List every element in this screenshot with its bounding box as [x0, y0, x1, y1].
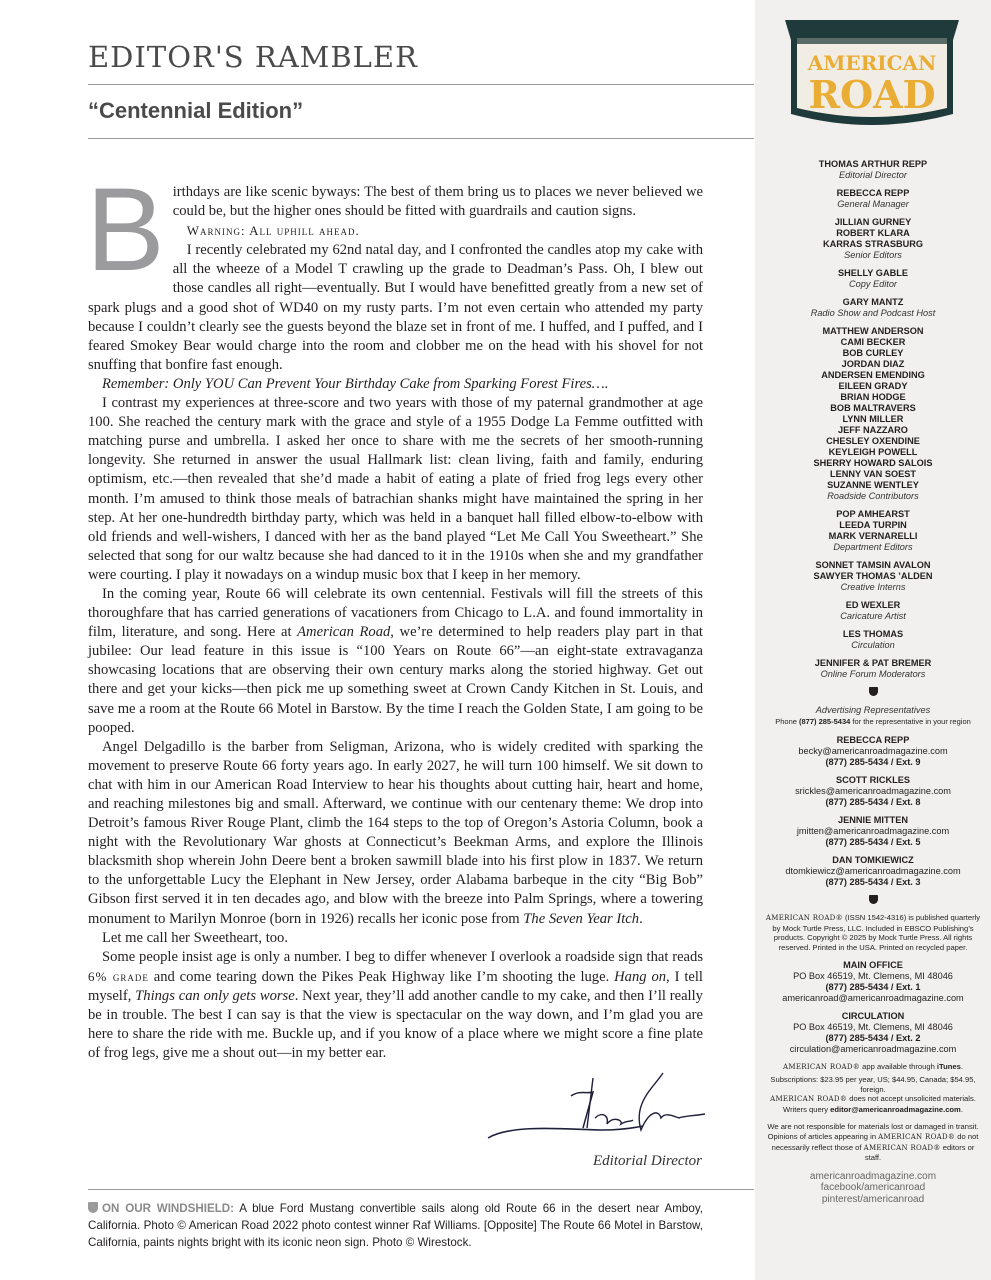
rep-email-link[interactable]: dtomkiewicz@americanroadmagazine.com: [755, 866, 991, 877]
staff-name: SONNET TAMSIN AVALON: [755, 560, 991, 571]
masthead-group: SHELLY GABLECopy Editor: [755, 268, 991, 290]
staff-role: Department Editors: [755, 542, 991, 553]
staff-name: JILLIAN GURNEY: [755, 217, 991, 228]
masthead-group: THOMAS ARTHUR REPPEditorial Director: [755, 159, 991, 181]
office-phone: (877) 285-5434 / Ext. 2: [755, 1033, 991, 1044]
brand-name: AMERICAN ROAD®: [783, 1063, 860, 1071]
text: app available through: [860, 1062, 937, 1071]
paragraph-text: , we’re determined to help readers play …: [88, 624, 703, 735]
staff-name: SAWYER THOMAS ’ALDEN: [755, 571, 991, 582]
paragraph-text: Some people insist age is only a number.…: [102, 949, 703, 965]
staff-name: LENNY VAN SOEST: [755, 469, 991, 480]
rep-name: SCOTT RICKLES: [755, 775, 991, 786]
ad-rep: JENNIE MITTENjmitten@americanroadmagazin…: [755, 815, 991, 848]
disclaimer: We are not responsible for materials los…: [755, 1122, 991, 1162]
photo-caption: ON OUR WINDSHIELD: A blue Ford Mustang c…: [88, 1200, 703, 1251]
office-title: CIRCULATION: [755, 1011, 991, 1022]
remember-text: Remember: Only YOU Can Prevent Your Birt…: [102, 376, 608, 392]
svg-text:ROAD: ROAD: [808, 72, 935, 117]
staff-list: THOMAS ARTHUR REPPEditorial DirectorREBE…: [755, 159, 991, 680]
website-link[interactable]: americanroadmagazine.com: [755, 1171, 991, 1183]
grade-sign-text: 6% grade: [88, 969, 149, 984]
rep-name: JENNIE MITTEN: [755, 815, 991, 826]
facebook-link[interactable]: facebook/americanroad: [755, 1182, 991, 1194]
paragraph-text: irthdays are like scenic byways: The bes…: [173, 184, 703, 219]
masthead-group: MATTHEW ANDERSONCAMI BECKERBOB CURLEYJOR…: [755, 326, 991, 502]
article-subtitle: “Centennial Edition”: [88, 98, 303, 124]
shield-divider-icon: [869, 895, 878, 904]
ad-rep: DAN TOMKIEWICZdtomkiewicz@americanroadma…: [755, 855, 991, 888]
rep-name: REBECCA REPP: [755, 735, 991, 746]
ad-rep: SCOTT RICKLESsrickles@americanroadmagazi…: [755, 775, 991, 808]
section-title: EDITOR'S RAMBLER: [88, 40, 418, 74]
text: Phone: [775, 717, 799, 726]
masthead-group: REBECCA REPPGeneral Manager: [755, 188, 991, 210]
masthead-sidebar: AMERICAN ROAD THOMAS ARTHUR REPPEditoria…: [755, 0, 991, 1280]
warning-text: Warning: All uphill ahead.: [187, 223, 360, 238]
staff-name: SHERRY HOWARD SALOIS: [755, 458, 991, 469]
writers-query: Writers query editor@americanroadmagazin…: [763, 1105, 983, 1115]
staff-name: BOB MALTRAVERS: [755, 403, 991, 414]
office-email-link[interactable]: americanroad@americanroadmagazine.com: [755, 993, 991, 1004]
staff-name: ANDERSEN EMENDING: [755, 370, 991, 381]
rep-phone: (877) 285-5434 / Ext. 3: [755, 877, 991, 888]
caption-lead: ON OUR WINDSHIELD:: [102, 1202, 234, 1215]
masthead-group: JENNIFER & PAT BREMEROnline Forum Modera…: [755, 658, 991, 680]
editor-email-link[interactable]: editor@americanroadmagazine.com: [830, 1105, 961, 1114]
app-store-name: iTunes: [937, 1062, 961, 1071]
subscription-prices: Subscriptions: $23.95 per year, US; $44.…: [763, 1075, 983, 1094]
staff-name: SUZANNE WENTLEY: [755, 480, 991, 491]
staff-role: Radio Show and Podcast Host: [755, 308, 991, 319]
office-phone: (877) 285-5434 / Ext. 1: [755, 982, 991, 993]
signature-image: [483, 1068, 708, 1148]
paragraph-text: .: [639, 911, 643, 927]
office-block: MAIN OFFICEPO Box 46519, Mt. Clemens, MI…: [755, 960, 991, 1004]
rep-email-link[interactable]: becky@americanroadmagazine.com: [755, 746, 991, 757]
staff-name: THOMAS ARTHUR REPP: [755, 159, 991, 170]
web-links: americanroadmagazine.com facebook/americ…: [755, 1171, 991, 1206]
staff-role: Online Forum Moderators: [755, 669, 991, 680]
masthead-group: JILLIAN GURNEYROBERT KLARAKARRAS STRASBU…: [755, 217, 991, 261]
masthead-group: LES THOMASCirculation: [755, 629, 991, 651]
staff-name: JEFF NAZZARO: [755, 425, 991, 436]
brand-name: AMERICAN ROAD®: [878, 1133, 955, 1141]
brand-name: AMERICAN ROAD®: [864, 1144, 941, 1152]
staff-name: ED WEXLER: [755, 600, 991, 611]
staff-name: GARY MANTZ: [755, 297, 991, 308]
rep-phone: (877) 285-5434 / Ext. 8: [755, 797, 991, 808]
warning-line: Warning: All uphill ahead.: [88, 221, 703, 241]
rep-phone: (877) 285-5434 / Ext. 5: [755, 837, 991, 848]
masthead-group: GARY MANTZRadio Show and Podcast Host: [755, 297, 991, 319]
paragraph: Let me call her Sweetheart, too.: [88, 929, 703, 948]
text: does not accept unsolicited materials.: [847, 1094, 976, 1103]
rep-phone: (877) 285-5434 / Ext. 9: [755, 757, 991, 768]
offices-list: MAIN OFFICEPO Box 46519, Mt. Clemens, MI…: [755, 960, 991, 1055]
staff-role: Caricature Artist: [755, 611, 991, 622]
paragraph-text: I recently celebrated my 62nd natal day,…: [88, 242, 703, 373]
staff-name: MARK VERNARELLI: [755, 531, 991, 542]
office-address: PO Box 46519, Mt. Clemens, MI 48046: [755, 971, 991, 982]
staff-name: BOB CURLEY: [755, 348, 991, 359]
italic-text: Hang on: [614, 969, 666, 985]
staff-name: SHELLY GABLE: [755, 268, 991, 279]
paragraph: I contrast my experiences at three-score…: [88, 394, 703, 585]
disclaimer-text: We are not responsible for materials los…: [763, 1122, 983, 1132]
shield-divider-icon: [869, 687, 878, 696]
divider: [88, 1189, 754, 1190]
staff-role: General Manager: [755, 199, 991, 210]
rep-email-link[interactable]: srickles@americanroadmagazine.com: [755, 786, 991, 797]
staff-name: BRIAN HODGE: [755, 392, 991, 403]
advertising-heading: Advertising Representatives: [755, 705, 991, 716]
paragraph-text: Let me call her Sweetheart, too.: [102, 930, 288, 946]
staff-name: ROBERT KLARA: [755, 228, 991, 239]
staff-name: POP AMHEARST: [755, 509, 991, 520]
staff-name: LYNN MILLER: [755, 414, 991, 425]
staff-name: KARRAS STRASBURG: [755, 239, 991, 250]
pinterest-link[interactable]: pinterest/americanroad: [755, 1194, 991, 1206]
office-title: MAIN OFFICE: [755, 960, 991, 971]
unsolicited-note: AMERICAN ROAD® does not accept unsolicit…: [763, 1094, 983, 1105]
staff-role: Circulation: [755, 640, 991, 651]
text: Writers query: [783, 1105, 830, 1114]
disclaimer-text: Opinions of articles appearing in AMERIC…: [763, 1132, 983, 1163]
film-title: The Seven Year Itch: [523, 911, 639, 927]
paragraph-text: I contrast my experiences at three-score…: [88, 395, 703, 583]
drop-cap: B: [86, 185, 165, 281]
staff-role: Editorial Director: [755, 170, 991, 181]
ad-rep: REBECCA REPPbecky@americanroadmagazine.c…: [755, 735, 991, 768]
paragraph-text: and come tearing down the Pikes Peak Hig…: [149, 969, 614, 985]
subscription-info: Subscriptions: $23.95 per year, US; $44.…: [755, 1075, 991, 1114]
american-road-logo: AMERICAN ROAD: [783, 18, 961, 130]
ad-reps-list: REBECCA REPPbecky@americanroadmagazine.c…: [755, 735, 991, 888]
masthead-list: THOMAS ARTHUR REPPEditorial DirectorREBE…: [755, 159, 991, 1205]
paragraph: irthdays are like scenic byways: The bes…: [88, 183, 703, 221]
rep-name: DAN TOMKIEWICZ: [755, 855, 991, 866]
rep-email-link[interactable]: jmitten@americanroadmagazine.com: [755, 826, 991, 837]
paragraph: In the coming year, Route 66 will celebr…: [88, 585, 703, 738]
brand-name: AMERICAN ROAD®: [770, 1095, 847, 1103]
staff-name: JORDAN DIAZ: [755, 359, 991, 370]
remember-line: Remember: Only YOU Can Prevent Your Birt…: [88, 375, 703, 394]
app-info: AMERICAN ROAD® app available through iTu…: [755, 1062, 991, 1073]
office-email-link[interactable]: circulation@americanroadmagazine.com: [755, 1044, 991, 1055]
staff-role: Creative Interns: [755, 582, 991, 593]
staff-name: JENNIFER & PAT BREMER: [755, 658, 991, 669]
masthead-group: SONNET TAMSIN AVALONSAWYER THOMAS ’ALDEN…: [755, 560, 991, 593]
staff-name: KEYLEIGH POWELL: [755, 447, 991, 458]
brand-name: AMERICAN ROAD®: [766, 914, 843, 922]
masthead-group: POP AMHEARSTLEEDA TURPINMARK VERNARELLID…: [755, 509, 991, 553]
shield-icon: [88, 1202, 98, 1213]
article-body: B irthdays are like scenic byways: The b…: [88, 183, 703, 1063]
signature-title: Editorial Director: [593, 1153, 702, 1170]
publisher-info: AMERICAN ROAD® (ISSN 1542-4316) is publi…: [755, 913, 991, 952]
masthead-group: ED WEXLERCaricature Artist: [755, 600, 991, 622]
phone-number: (877) 285-5434: [799, 717, 850, 726]
text: .: [961, 1105, 963, 1114]
staff-name: CHESLEY OXENDINE: [755, 436, 991, 447]
text: for the representative in your region: [850, 717, 970, 726]
divider: [88, 84, 754, 85]
office-block: CIRCULATIONPO Box 46519, Mt. Clemens, MI…: [755, 1011, 991, 1055]
magazine-name: American Road: [297, 624, 390, 640]
staff-name: CAMI BECKER: [755, 337, 991, 348]
staff-name: EILEEN GRADY: [755, 381, 991, 392]
paragraph-text: Angel Delgadillo is the barber from Seli…: [88, 739, 703, 927]
staff-name: LES THOMAS: [755, 629, 991, 640]
office-address: PO Box 46519, Mt. Clemens, MI 48046: [755, 1022, 991, 1033]
text: .: [961, 1062, 963, 1071]
staff-role: Roadside Contributors: [755, 491, 991, 502]
italic-text: Things can only gets worse: [135, 988, 295, 1004]
staff-role: Senior Editors: [755, 250, 991, 261]
staff-name: REBECCA REPP: [755, 188, 991, 199]
staff-name: MATTHEW ANDERSON: [755, 326, 991, 337]
paragraph: I recently celebrated my 62nd natal day,…: [88, 241, 703, 375]
paragraph: Angel Delgadillo is the barber from Seli…: [88, 738, 703, 929]
staff-role: Copy Editor: [755, 279, 991, 290]
divider: [88, 138, 754, 139]
paragraph: Some people insist age is only a number.…: [88, 948, 703, 1064]
advertising-phone-note: Phone (877) 285-5434 for the representat…: [755, 716, 991, 727]
staff-name: LEEDA TURPIN: [755, 520, 991, 531]
text: Opinions of articles appearing in: [768, 1132, 879, 1141]
